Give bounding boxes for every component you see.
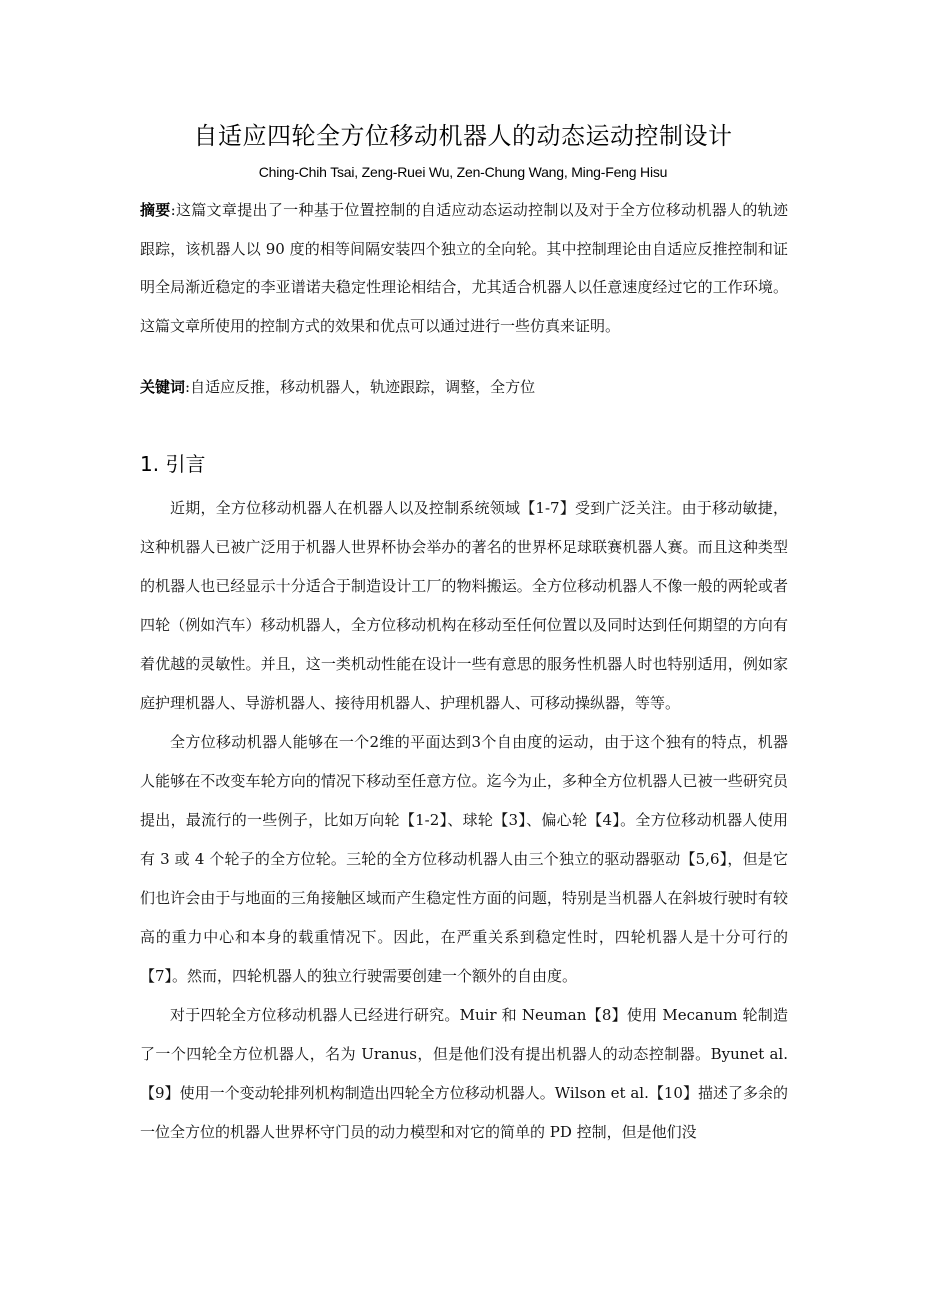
keywords-label: 关键词	[140, 378, 185, 396]
paper-title: 自适应四轮全方位移动机器人的动态运动控制设计	[0, 118, 926, 154]
paragraph: 近期，全方位移动机器人在机器人以及控制系统领域【1-7】受到广泛关注。由于移动敏…	[140, 489, 788, 723]
section-heading-introduction: 1. 引言	[140, 448, 205, 480]
abstract-block: 摘要:这篇文章提出了一种基于位置控制的自适应动态运动控制以及对于全方位移动机器人…	[140, 191, 788, 345]
introduction-body: 近期，全方位移动机器人在机器人以及控制系统领域【1-7】受到广泛关注。由于移动敏…	[140, 489, 788, 1152]
abstract-label: 摘要	[140, 201, 171, 219]
paper-authors: Ching-Chih Tsai, Zeng-Ruei Wu, Zen-Chung…	[0, 161, 926, 183]
document-page: 自适应四轮全方位移动机器人的动态运动控制设计 Ching-Chih Tsai, …	[0, 0, 926, 1309]
abstract-text: 这篇文章提出了一种基于位置控制的自适应动态运动控制以及对于全方位移动机器人的轨迹…	[140, 201, 788, 335]
paragraph: 对于四轮全方位移动机器人已经进行研究。Muir 和 Neuman【8】使用 Me…	[140, 996, 788, 1152]
paragraph: 全方位移动机器人能够在一个2维的平面达到3个自由度的运动，由于这个独有的特点，机…	[140, 723, 788, 996]
keywords-block: 关键词:自适应反推，移动机器人，轨迹跟踪，调整，全方位	[140, 368, 788, 406]
keywords-text: 自适应反推，移动机器人，轨迹跟踪，调整，全方位	[190, 378, 535, 396]
